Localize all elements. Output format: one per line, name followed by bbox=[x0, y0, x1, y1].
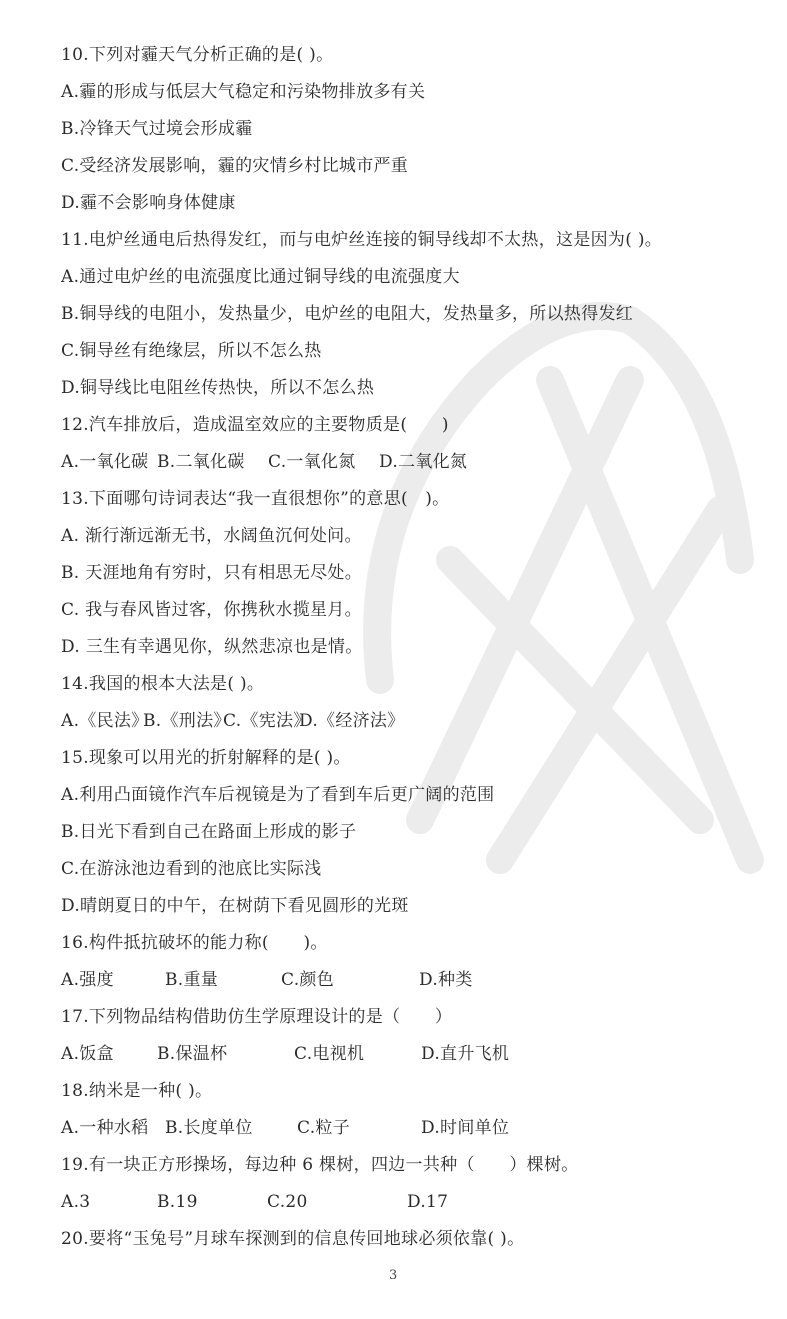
question-19-options: A.3 B.19 C.20 D.17 bbox=[61, 1187, 761, 1217]
question-10-option-d: D.霾不会影响身体健康 bbox=[61, 188, 236, 218]
question-14-stem: 14.我国的根本大法是( )。 bbox=[61, 669, 264, 699]
question-17-option-d: D.直升飞机 bbox=[421, 1039, 509, 1069]
question-18-option-a: A.一种水稻 bbox=[61, 1113, 148, 1143]
question-12-stem: 12.汽车排放后，造成温室效应的主要物质是( ) bbox=[61, 410, 449, 440]
question-18-option-d: D.时间单位 bbox=[421, 1113, 509, 1143]
question-10-option-c: C.受经济发展影响，霾的灾情乡村比城市严重 bbox=[61, 151, 408, 181]
question-15-option-b: B.日光下看到自己在路面上形成的影子 bbox=[61, 817, 356, 847]
question-11-option-b: B.铜导线的电阻小，发热量少，电炉丝的电阻大，发热量多，所以热得发红 bbox=[61, 299, 633, 329]
question-12-option-b: B.二氧化碳 bbox=[157, 447, 245, 477]
question-13-option-b: B. 天涯地角有穷时，只有相思无尽处。 bbox=[61, 558, 362, 588]
question-19-stem: 19.有一块正方形操场，每边种 6 棵树，四边一共种（ ）棵树。 bbox=[61, 1150, 579, 1180]
question-19-option-a: A.3 bbox=[61, 1187, 90, 1217]
question-13-option-d: D. 三生有幸遇见你，纵然悲凉也是情。 bbox=[61, 632, 363, 662]
question-10-option-a: A.霾的形成与低层大气稳定和污染物排放多有关 bbox=[61, 77, 425, 107]
question-17-option-a: A.饭盒 bbox=[61, 1039, 114, 1069]
question-13-stem: 13.下面哪句诗词表达“我一直很想你”的意思( )。 bbox=[61, 484, 449, 514]
question-10-option-b: B.冷锋天气过境会形成霾 bbox=[61, 114, 253, 144]
question-11-option-c: C.铜导丝有绝缘层，所以不怎么热 bbox=[61, 336, 322, 366]
question-17-stem: 17.下列物品结构借助仿生学原理设计的是（ ） bbox=[61, 1002, 452, 1032]
question-18-options: A.一种水稻 B.长度单位 C.粒子 D.时间单位 bbox=[61, 1113, 761, 1143]
question-15-stem: 15.现象可以用光的折射解释的是( )。 bbox=[61, 743, 351, 773]
question-19-option-c: C.20 bbox=[267, 1187, 308, 1217]
question-14-option-b: B.《刑法》 bbox=[143, 706, 231, 736]
question-12-option-d: D.二氧化氮 bbox=[379, 447, 467, 477]
question-11-stem: 11.电炉丝通电后热得发红，而与电炉丝连接的铜导线却不太热，这是因为( )。 bbox=[61, 225, 662, 255]
question-11-option-d: D.铜导线比电阻丝传热快，所以不怎么热 bbox=[61, 373, 374, 403]
question-15-option-a: A.利用凸面镜作汽车后视镜是为了看到车后更广阔的范围 bbox=[61, 780, 494, 810]
question-18-stem: 18.纳米是一种( )。 bbox=[61, 1076, 212, 1106]
question-16-stem: 16.构件抵抗破坏的能力称( )。 bbox=[61, 928, 328, 958]
question-14-option-d: D.《经济法》 bbox=[299, 706, 405, 736]
question-17-option-c: C.电视机 bbox=[294, 1039, 364, 1069]
question-20-stem: 20.要将“玉兔号”月球车探测到的信息传回地球必须依靠( )。 bbox=[61, 1224, 524, 1254]
question-15-option-c: C.在游泳池边看到的池底比实际浅 bbox=[61, 854, 322, 884]
question-13-option-c: C. 我与春风皆过客，你携秋水揽星月。 bbox=[61, 595, 362, 625]
question-14-options: A.《民法》 B.《刑法》 C.《宪法》 D.《经济法》 bbox=[61, 706, 761, 736]
question-14-option-a: A.《民法》 bbox=[61, 706, 148, 736]
question-16-options: A.强度 B.重量 C.颜色 D.种类 bbox=[61, 965, 761, 995]
question-18-option-c: C.粒子 bbox=[297, 1113, 350, 1143]
question-17-options: A.饭盒 B.保温杯 C.电视机 D.直升飞机 bbox=[61, 1039, 761, 1069]
question-19-option-d: D.17 bbox=[407, 1187, 448, 1217]
page-number: 3 bbox=[389, 1268, 397, 1283]
question-11-option-a: A.通过电炉丝的电流强度比通过铜导线的电流强度大 bbox=[61, 262, 460, 292]
question-12-option-a: A.一氧化碳 bbox=[61, 447, 148, 477]
question-17-option-b: B.保温杯 bbox=[157, 1039, 227, 1069]
question-10-stem: 10.下列对霾天气分析正确的是( )。 bbox=[61, 40, 333, 70]
question-15-option-d: D.晴朗夏日的中午，在树荫下看见圆形的光斑 bbox=[61, 891, 409, 921]
question-16-option-a: A.强度 bbox=[61, 965, 114, 995]
question-14-option-c: C.《宪法》 bbox=[223, 706, 311, 736]
question-16-option-d: D.种类 bbox=[419, 965, 473, 995]
question-16-option-c: C.颜色 bbox=[281, 965, 334, 995]
question-19-option-b: B.19 bbox=[157, 1187, 198, 1217]
question-18-option-b: B.长度单位 bbox=[165, 1113, 253, 1143]
question-12-options: A.一氧化碳 B.二氧化碳 C.一氧化氮 D.二氧化氮 bbox=[61, 447, 761, 477]
question-16-option-b: B.重量 bbox=[165, 965, 218, 995]
question-12-option-c: C.一氧化氮 bbox=[268, 447, 356, 477]
question-13-option-a: A. 渐行渐远渐无书，水阔鱼沉何处问。 bbox=[61, 521, 362, 551]
